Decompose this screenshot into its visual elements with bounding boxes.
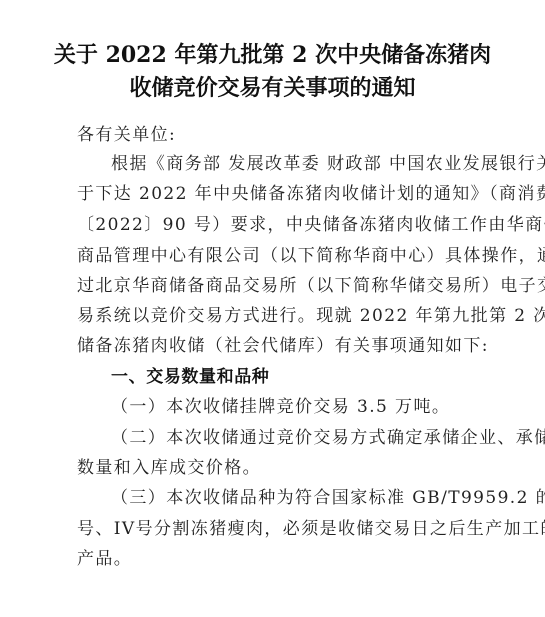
section-1-item-3-line-3: 产品。 bbox=[77, 548, 457, 570]
intro-line-3: 〔2022〕90 号）要求，中央储备冻猪肉收储工作由华商储备 bbox=[77, 214, 457, 236]
salutation: 各有关单位: bbox=[77, 124, 457, 146]
section-1-item-3-line-1: （三）本次收储品种为符合国家标准 GB/T9959.2 的 II bbox=[111, 487, 457, 509]
section-1-item-1: （一）本次收储挂牌竞价交易 3.5 万吨。 bbox=[111, 396, 457, 418]
section-1-heading: 一、交易数量和品种 bbox=[111, 366, 457, 388]
document-title-line-2: 收储竞价交易有关事项的通知 bbox=[0, 71, 545, 102]
document-page: 关于 2022 年第九批第 2 次中央储备冻猪肉 收储竞价交易有关事项的通知 各… bbox=[0, 0, 545, 617]
intro-line-4: 商品管理中心有限公司（以下简称华商中心）具体操作，通 bbox=[77, 245, 457, 267]
section-1-item-3-line-2: 号、IV号分割冻猪瘦肉，必须是收储交易日之后生产加工的 bbox=[77, 518, 457, 540]
intro-line-2: 于下达 2022 年中央储备冻猪肉收储计划的通知》（商消费函 bbox=[77, 183, 457, 205]
intro-line-1: 根据《商务部 发展改革委 财政部 中国农业发展银行关 bbox=[111, 153, 457, 175]
document-title-line-1: 关于 2022 年第九批第 2 次中央储备冻猪肉 bbox=[0, 38, 545, 69]
section-1-item-2-line-2: 数量和入库成交价格。 bbox=[77, 457, 457, 479]
intro-line-5: 过北京华商储备商品交易所（以下简称华储交易所）电子交 bbox=[77, 275, 457, 297]
intro-line-7: 储备冻猪肉收储（社会代储库）有关事项通知如下: bbox=[77, 335, 457, 357]
section-1-item-2-line-1: （二）本次收储通过竞价交易方式确定承储企业、承储 bbox=[111, 427, 457, 449]
intro-line-6: 易系统以竞价交易方式进行。现就 2022 年第九批第 2 次中央 bbox=[77, 305, 457, 327]
